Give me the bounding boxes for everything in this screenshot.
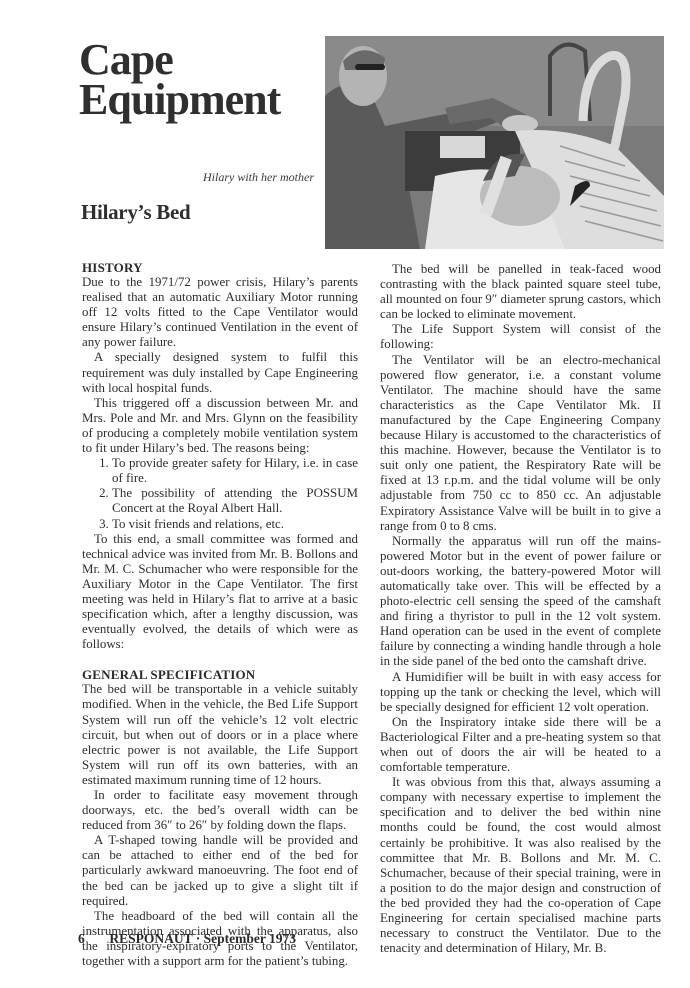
history-paragraph: To this end, a small committee was forme…: [82, 532, 358, 653]
reason-item: The possibility of attending the POSSUM …: [112, 486, 358, 516]
history-heading: HISTORY: [82, 260, 358, 275]
body-paragraph: The Life Support System will consist of …: [380, 322, 661, 352]
photo-illustration: [325, 36, 664, 249]
spec-paragraph: A T-shaped towing handle will be provide…: [82, 833, 358, 908]
reasons-list: To provide greater safety for Hilary, i.…: [82, 456, 358, 531]
history-paragraph: Due to the 1971/72 power crisis, Hilary’…: [82, 275, 358, 350]
spec-paragraph: In order to facilitate easy movement thr…: [82, 788, 358, 833]
article-photo: [325, 36, 664, 249]
body-paragraph: The Ventilator will be an electro-mechan…: [380, 353, 661, 534]
right-column: The bed will be panelled in teak-faced w…: [380, 262, 661, 956]
body-paragraph: A Humidifier will be built in with easy …: [380, 670, 661, 715]
publication-line: RESPONAUT · September 1973: [109, 931, 296, 946]
body-paragraph: On the Inspiratory intake side there wil…: [380, 715, 661, 775]
photo-caption: Hilary with her mother: [150, 170, 314, 185]
left-column: HISTORY Due to the 1971/72 power crisis,…: [82, 260, 358, 969]
reason-item: To visit friends and relations, etc.: [112, 517, 358, 532]
article-title: Cape Equipment: [79, 40, 280, 120]
page-number: 6: [78, 931, 106, 947]
history-paragraph: A specially designed system to fulfil th…: [82, 350, 358, 395]
body-paragraph: Normally the apparatus will run off the …: [380, 534, 661, 670]
reason-item: To provide greater safety for Hilary, i.…: [112, 456, 358, 486]
history-paragraph: This triggered off a discussion between …: [82, 396, 358, 456]
spec-heading: GENERAL SPECIFICATION: [82, 667, 358, 682]
page-footer: 6 RESPONAUT · September 1973: [78, 931, 296, 947]
title-line-2: Equipment: [79, 75, 280, 124]
body-paragraph: The bed will be panelled in teak-faced w…: [380, 262, 661, 322]
spec-paragraph: The bed will be transportable in a vehic…: [82, 682, 358, 788]
article-subtitle: Hilary’s Bed: [81, 200, 190, 225]
body-paragraph: It was obvious from this that, always as…: [380, 775, 661, 956]
